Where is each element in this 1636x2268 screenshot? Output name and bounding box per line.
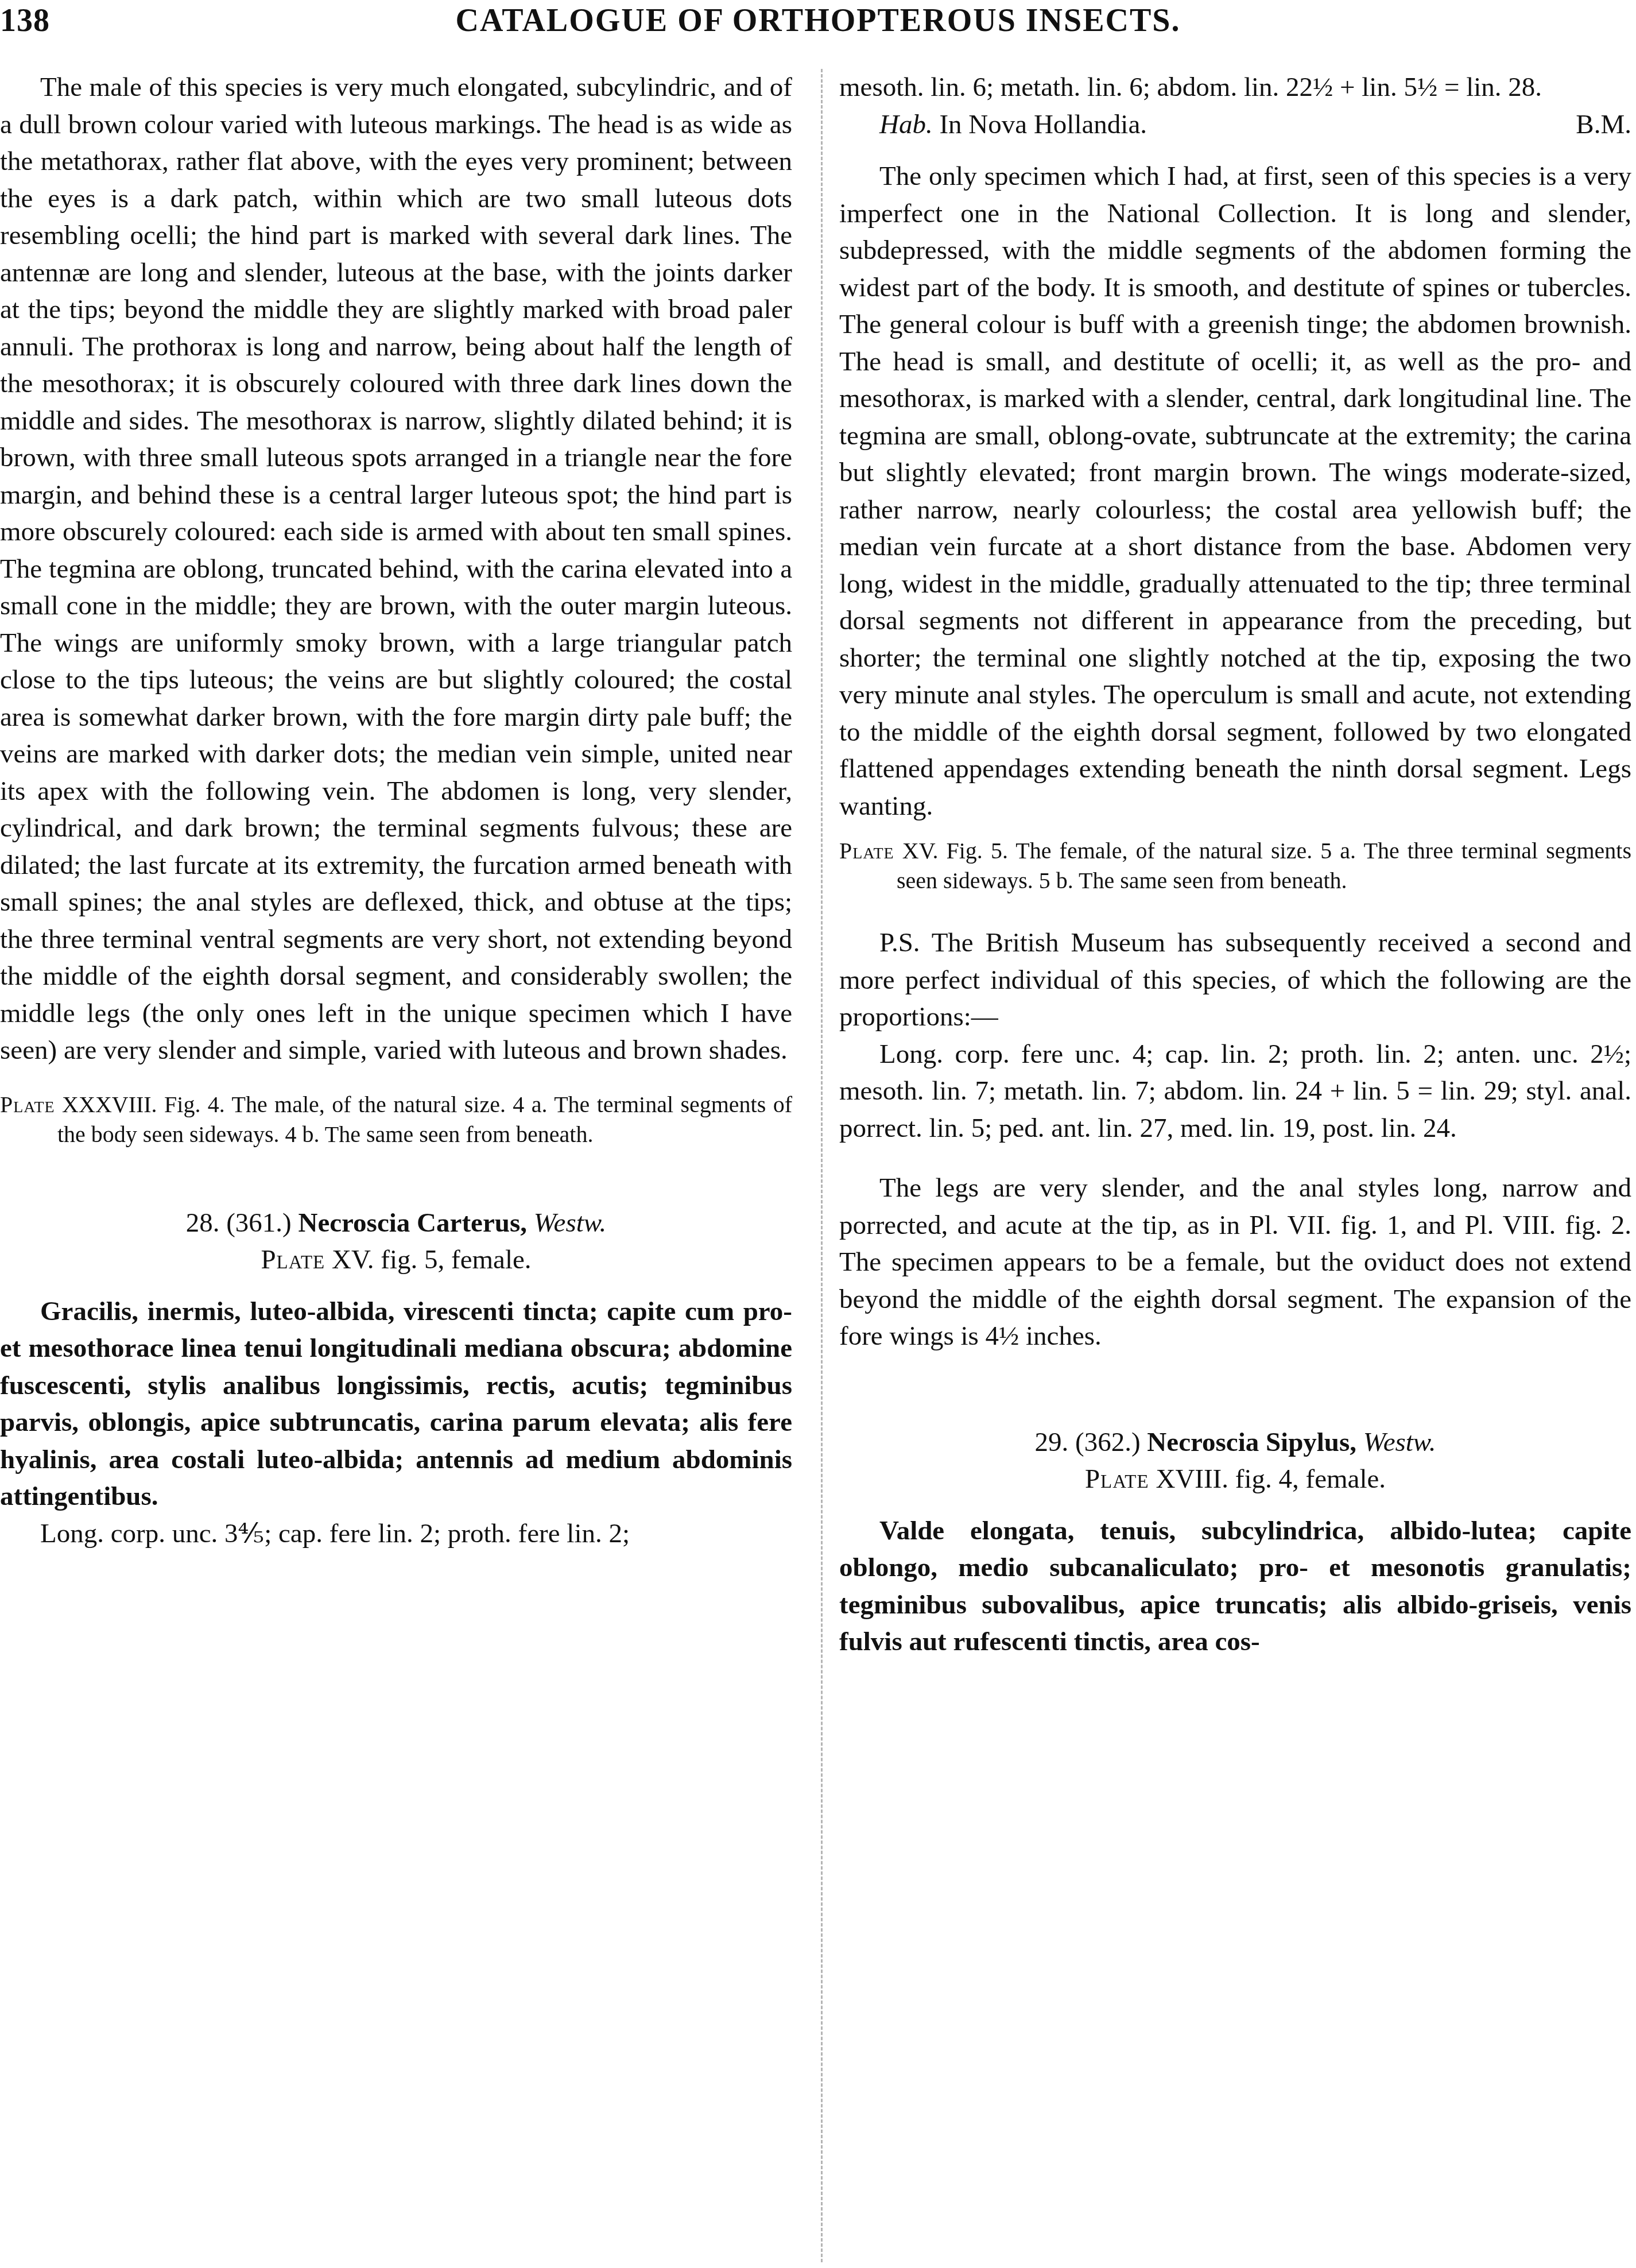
plate-reference: XVIII. fig. 4, female. xyxy=(1156,1464,1386,1494)
habitat-locality: In Nova Hollandia. xyxy=(939,110,1147,140)
plate-label: Plate xyxy=(261,1245,325,1275)
right-column: mesoth. lin. 6; metath. lin. 6; abdom. l… xyxy=(839,69,1631,1661)
species-name: Necroscia Sipylus, xyxy=(1147,1427,1356,1457)
species-number: 29. (362.) xyxy=(1035,1427,1141,1457)
collection-code: B.M. xyxy=(1576,106,1631,144)
habitat-label: Hab. xyxy=(879,110,933,140)
caption-text: Fig. 5. The female, of the natural size.… xyxy=(897,838,1631,893)
plate-number: XV. xyxy=(902,838,939,864)
male-description: The male of this species is very much el… xyxy=(0,69,792,1069)
plate-label: Plate xyxy=(1085,1464,1149,1494)
plate-reference: XV. fig. 5, female. xyxy=(332,1245,532,1275)
species-author: Westw. xyxy=(1363,1427,1436,1457)
latin-diagnosis: Gracilis, inermis, luteo-albida, viresce… xyxy=(0,1293,792,1515)
species-28-heading: 28. (361.) Necroscia Carterus, Westw. Pl… xyxy=(0,1205,792,1278)
species-number: 28. (361.) xyxy=(186,1208,292,1238)
page-header: 138 CATALOGUE OF ORTHOPTEROUS INSECTS. xyxy=(0,0,1636,46)
species-name: Necroscia Carterus, xyxy=(298,1208,527,1238)
left-column: The male of this species is very much el… xyxy=(0,69,792,1552)
postscript-measurements: Long. corp. fere unc. 4; cap. lin. 2; pr… xyxy=(839,1036,1631,1147)
latin-diagnosis: Valde elongata, tenuis, subcylindrica, a… xyxy=(839,1512,1631,1661)
measurements-continued: mesoth. lin. 6; metath. lin. 6; abdom. l… xyxy=(839,69,1631,106)
species-author: Westw. xyxy=(534,1208,607,1238)
caption-text: Fig. 4. The male, of the natural size. 4… xyxy=(57,1092,792,1147)
column-divider xyxy=(821,69,823,2262)
species-29-heading: 29. (362.) Necroscia Sipylus, Westw. Pla… xyxy=(839,1424,1631,1497)
female-description: The only specimen which I had, at first,… xyxy=(839,158,1631,825)
plate-label: Plate xyxy=(0,1092,55,1117)
plate-label: Plate xyxy=(839,838,894,864)
plate-caption-xxxviii: Plate XXXVIII. Fig. 4. The male, of the … xyxy=(0,1090,792,1150)
habitat-line: Hab. In Nova Hollandia. B.M. xyxy=(839,106,1631,144)
plate-number: XXXVIII. xyxy=(62,1092,157,1117)
postscript-notes: The legs are very slender, and the anal … xyxy=(839,1170,1631,1355)
running-title: CATALOGUE OF ORTHOPTEROUS INSECTS. xyxy=(0,2,1636,39)
measurements: Long. corp. unc. 3⅘; cap. fere lin. 2; p… xyxy=(0,1515,792,1553)
plate-caption-xv: Plate XV. Fig. 5. The female, of the nat… xyxy=(839,836,1631,896)
postscript: P.S. The British Museum has subsequently… xyxy=(839,924,1631,1036)
